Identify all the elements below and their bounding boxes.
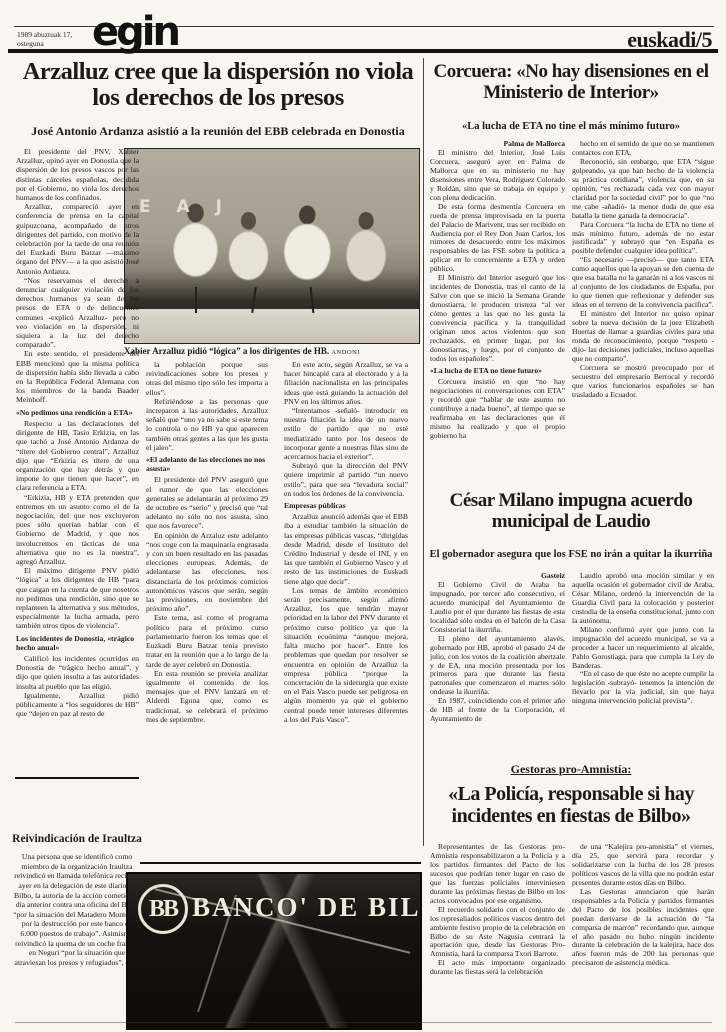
- paragraph: En 1987, coincidiendo con el primer año …: [430, 697, 565, 724]
- paragraph: “Es necesario —precisó— que tanto ETA co…: [572, 256, 714, 310]
- paragraph: Laudio aprobó una moción similar y en aq…: [572, 572, 714, 626]
- paragraph: En esta reunión se preveía analizar igua…: [146, 669, 268, 724]
- paragraph: El presidente del PNV aseguró que el rum…: [146, 475, 268, 530]
- photo-table: [125, 309, 419, 343]
- paragraph: Reconoció, sin embargo, que ETA “sigue g…: [572, 158, 714, 221]
- paragraph: Las Gestoras anunciaron que harán respon…: [572, 888, 714, 969]
- paragraph: Calificó los incidentes ocurridos en Don…: [16, 654, 139, 691]
- photo-banner-text: E A J: [139, 197, 232, 217]
- milano-column-1: GasteizEl Gobierno Civil de Araba ha imp…: [430, 572, 565, 758]
- main-column-2: la población porque sus reivindicaciones…: [146, 360, 268, 858]
- corcuera-subhead: «La lucha de ETA no tine el más mínimo f…: [428, 121, 714, 132]
- paragraph: El presidente del PNV, Xabier Arzalluz, …: [16, 147, 139, 202]
- gestoras-column-2: de una “Kalejira pro-amnistía” el vierne…: [572, 843, 714, 1015]
- paragraph: Corcuera se mostró preocupado por el sec…: [572, 364, 714, 400]
- header-bar: [8, 49, 718, 53]
- paragraph: El ministro del Interior no quiso opinar…: [572, 310, 714, 364]
- paragraph: “En el caso de que éste no acepte cumpli…: [572, 670, 714, 706]
- paragraph: de una “Kalejira pro-amnistía” el vierne…: [572, 843, 714, 888]
- paragraph: Los temas de ámbito económico serán prec…: [284, 586, 408, 724]
- egin-logo: egin: [92, 12, 178, 52]
- corcuera-headline: Corcuera: «No hay disensiones en el Mini…: [428, 62, 714, 103]
- gestoras-headline: «La Policía, responsable si hay incident…: [426, 784, 716, 827]
- paragraph: Milano confirmó ayer que junto con la im…: [572, 626, 714, 671]
- paragraph: El pleno del ayuntamiento alavés, gobern…: [430, 635, 565, 698]
- paragraph: Refiriéndose a las personas que increpar…: [146, 397, 268, 452]
- paragraph: Representantes de las Gestoras pro-Amnis…: [430, 843, 565, 906]
- column-subhead: Los incidentes de Donostia, «trágico hec…: [16, 634, 139, 652]
- paragraph: Arzalluz, compareció ayer en conferencia…: [16, 202, 139, 276]
- column-subhead: «El adelanto de las elecciones no nos as…: [146, 455, 268, 473]
- paragraph: El Ministro del Interior aseguró que los…: [430, 274, 565, 364]
- paragraph: El ministro del Interior, José Luis Corc…: [430, 149, 565, 203]
- paragraph: De esta forma desmentía Corcuera en rued…: [430, 203, 565, 275]
- paragraph: “Nos reservamos el derecho a denunciar c…: [16, 276, 139, 350]
- main-vertical-divider: [423, 58, 424, 846]
- paragraph: “Intentamos -señaló- introducir en nuest…: [284, 406, 408, 461]
- iraultza-headline: Reivindicación de Iraultza: [6, 833, 148, 845]
- column-subhead: «La lucha de ETA no tiene futuro»: [430, 367, 565, 376]
- microphone-icon: [195, 287, 197, 313]
- photo-caption: Xabier Arzalluz pidió “lógica” a los dir…: [124, 346, 420, 357]
- paragraph: En este acto, según Arzalluz, se va a ha…: [284, 360, 408, 406]
- main-headline: Arzalluz cree que la dispersión no viola…: [15, 59, 421, 112]
- iraultza-body: Una persona que se identificó como miemb…: [13, 852, 141, 1012]
- paragraph: Respecto a las declaraciones del dirigen…: [16, 419, 139, 493]
- paragraph: hecho en el sentido de que no se mantien…: [572, 140, 714, 158]
- paragraph: Corcuera insistió en que “no hay negocia…: [430, 378, 565, 441]
- date-line2: osteguna: [17, 39, 87, 48]
- date-line1: 1989 abuztuak 17,: [17, 30, 87, 39]
- gestoras-kicker: Gestoras pro-Amnistía:: [428, 762, 714, 777]
- paragraph: “Erkizia, HB y ETA pretenden que entremo…: [16, 493, 139, 567]
- page-bottom-rule: [15, 1022, 712, 1023]
- corcuera-column-1: Palma de MallorcaEl ministro del Interio…: [430, 140, 565, 482]
- paragraph: Para Corcuera “la lucha de ETA no tiene …: [572, 221, 714, 257]
- corcuera-column-2: hecho en el sentido de que no se mantien…: [572, 140, 714, 482]
- milano-headline: César Milano impugna acuerdo municipal d…: [428, 491, 714, 532]
- paragraph: Subrayó que la dirección del PNV quiere …: [284, 461, 408, 498]
- gestoras-column-1: Representantes de las Gestoras pro-Amnis…: [430, 843, 565, 1015]
- milano-subhead: El gobernador asegura que los FSE no irá…: [428, 549, 714, 560]
- column1-bottom-rule: [15, 777, 139, 779]
- paragraph: la población porque sus reivindicaciones…: [146, 360, 268, 397]
- main-column-3: En este acto, según Arzalluz, se va a ha…: [284, 360, 408, 858]
- main-subhead: José Antonio Ardanza asistió a la reunió…: [15, 124, 421, 139]
- photo-credit: ANDONI: [331, 349, 360, 356]
- press-conference-photo: E A J: [124, 148, 420, 344]
- main-column-1: El presidente del PNV, Xabier Arzalluz, …: [16, 147, 139, 775]
- paragraph: En opinión de Arzaluz este adelanto “nos…: [146, 531, 268, 614]
- photo-caption-text: Xabier Arzalluz pidió “lógica” a los dir…: [124, 346, 329, 356]
- paragraph: Igualmente, Arzalluz pidió públicamente …: [16, 691, 139, 719]
- masthead-date: 1989 abuztuak 17, osteguna: [17, 30, 87, 49]
- paragraph: En este sentido, el presidente del EBB m…: [16, 349, 139, 404]
- paragraph: El acto más importante organizado durant…: [430, 959, 565, 977]
- paragraph: Arzalluz anunció además que el EBB iba a…: [284, 512, 408, 586]
- paragraph: El recuerdo solidario con el conjunto de…: [430, 906, 565, 960]
- column-subhead: Empresas públicas: [284, 501, 408, 510]
- paragraph: El Gobierno Civil de Araba ha impugnado,…: [430, 581, 565, 635]
- paragraph: Este tema, así como el programa político…: [146, 613, 268, 668]
- main-article-bottom-rule: [140, 862, 421, 864]
- banco-bilbao-photo: BB BANCO' DE BILBAO: [126, 872, 422, 1030]
- paragraph: El máximo dirigente PNV pidió “lógica” a…: [16, 566, 139, 630]
- newspaper-page: 1989 abuztuak 17, osteguna egin euskadi/…: [0, 0, 726, 1032]
- milano-column-2: Laudio aprobó una moción similar y en aq…: [572, 572, 714, 758]
- column-subhead: «No pedimos una rendición a ETA»: [16, 408, 139, 417]
